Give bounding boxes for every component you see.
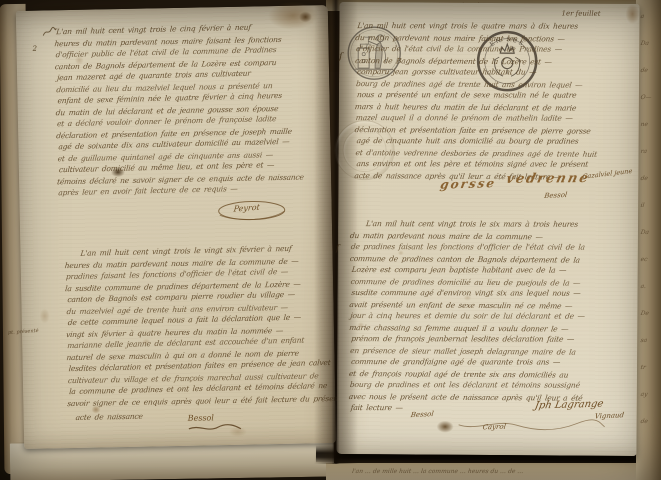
paragraph-mark: ſ — [339, 52, 342, 62]
left-page: 2 L'an mil huit cent vingt trois le cinq… — [16, 5, 336, 449]
edge-fragment-column: aDadeO—neradeilDaeca.Desatrayde — [636, 0, 661, 446]
signature-bessol-bottom: Bessol — [410, 410, 434, 419]
margin-note: pt. présenté — [8, 328, 39, 336]
edge-text-fragment: l'an … de mille huit … la commune … heur… — [352, 469, 661, 475]
register-photo: mil huit cent … vingt … de … heures … l'… — [0, 0, 661, 480]
act-closing-line: acte de naissance — [75, 411, 143, 424]
edge-text-fragment: tr — [637, 365, 661, 392]
edge-text-fragment: Da — [637, 230, 661, 257]
edge-text-fragment: Da — [637, 41, 661, 68]
handwritten-line: L'an mil huit cent vingt trois le quatre… — [357, 20, 630, 32]
right-act-2: L'an mil huit cent vingt trois le six ma… — [349, 218, 632, 415]
signature-bessol: Bessol — [188, 413, 214, 423]
handwritten-line: ans environ et ont les père et témoins s… — [356, 158, 629, 170]
edge-text-fragment: il — [637, 203, 661, 230]
handwritten-line: bourg de pradines et ont les déclarant e… — [349, 379, 631, 391]
signature-vedrenne: vedrenne — [505, 171, 592, 187]
edge-text-fragment: ne — [637, 122, 661, 149]
right-page: 1er feuillet ſ — [336, 2, 639, 456]
bottom-right-under-page: l'an … de mille huit … la commune … heur… — [326, 463, 661, 480]
stain — [357, 322, 364, 328]
edge-text-fragment: ay — [637, 392, 661, 419]
edge-text-fragment: de — [637, 68, 661, 95]
edge-text-fragment: a — [637, 14, 661, 41]
stain — [229, 427, 247, 437]
edge-text-fragment: De — [637, 311, 661, 338]
handwritten-line: mazel auquel il a donné le prénom de mat… — [355, 112, 629, 124]
handwritten-line: comparu jean gorsse cultivateur habitant… — [356, 66, 629, 78]
folio-note: 1er feuillet — [561, 10, 600, 18]
handwritten-line: Lozère est comparu jean baptiste habitan… — [351, 264, 632, 276]
handwritten-line: d'officier de l'état civil de la commune… — [356, 43, 630, 55]
paragraph-mark: ſ — [336, 244, 339, 254]
handwritten-line: agé de cinquante huit ans domicilié au b… — [356, 135, 629, 147]
handwritten-line: nous a présenté un enfant de sexe mascul… — [356, 89, 629, 101]
signature-flourish — [457, 417, 607, 432]
edge-text-fragment: a. — [637, 284, 661, 311]
handwritten-line: de pradines faisant les fonctions d'offi… — [350, 241, 632, 253]
page-number: 2 — [32, 45, 37, 53]
stain — [625, 4, 639, 24]
stain — [398, 250, 404, 255]
edge-text-fragment: ec — [637, 257, 661, 284]
handwritten-line: jour à cinq heures et demie du soir de l… — [350, 310, 632, 322]
left-act-1: L'an mil huit cent vingt trois le cinq f… — [54, 21, 319, 198]
left-act-2: L'an mil huit cent vingt trois le vingt … — [64, 243, 331, 409]
stain — [40, 308, 50, 323]
handwritten-line: L'an mil huit cent vingt trois le six ma… — [365, 218, 632, 230]
signature-lagrange: Jph Lagrange — [534, 399, 605, 412]
edge-text-fragment: O— — [637, 95, 661, 122]
right-act-1: L'an mil huit cent vingt trois le quatre… — [354, 20, 629, 183]
edge-text-fragment: ra — [637, 149, 661, 176]
signature-peyrot: Peyrot — [233, 203, 260, 214]
stain — [437, 421, 454, 433]
signature-bessol-mid: Bessol — [544, 191, 568, 200]
handwritten-line: prénom de françois jeanbernat lesdites d… — [351, 333, 632, 345]
stain — [463, 295, 471, 301]
handwritten-line: commune de grandfaigne agé de quarante t… — [350, 356, 631, 368]
edge-text-fragment: de — [637, 176, 661, 203]
signature-peyrot-group: Peyrot — [215, 196, 287, 223]
edge-text-fragment: sa — [637, 338, 661, 365]
signature-gorsse: gorsse — [439, 176, 497, 192]
right-page-edge: aDadeO—neradeilDaeca.Desatrayde — [636, 0, 661, 480]
edge-text-fragment: de — [637, 419, 661, 446]
handwritten-line: susdite commune agé d'environ vingt six … — [351, 287, 632, 299]
